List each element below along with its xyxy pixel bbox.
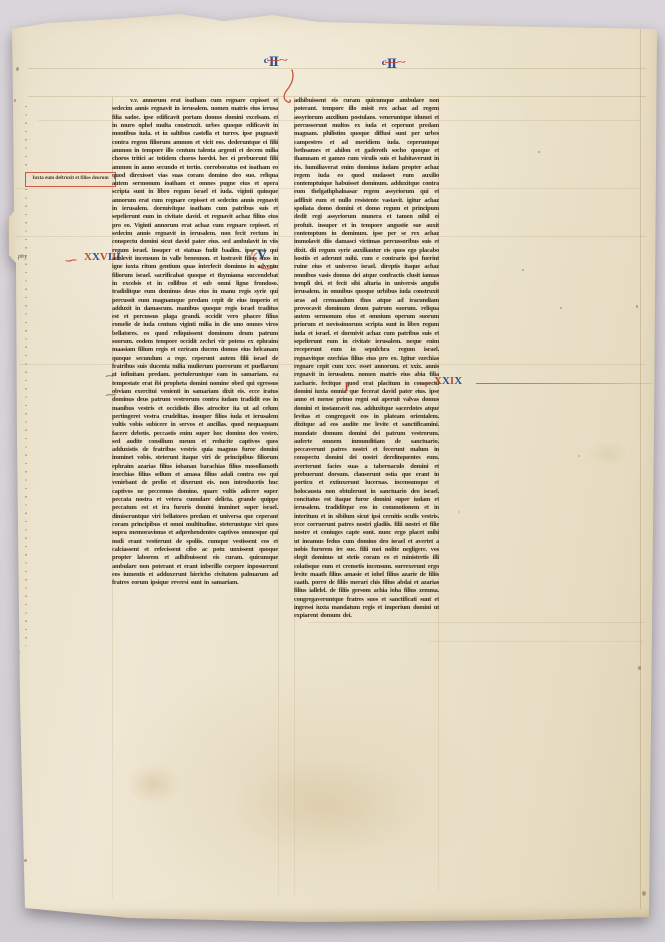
numeral-letter: V xyxy=(100,251,108,263)
numeral-letter: X xyxy=(84,251,92,263)
page-shadow-wrap: c II ~ c II ~ Iuxta eum deſtruxit et fil… xyxy=(0,0,665,942)
numeral-letter: X xyxy=(454,375,462,387)
pen-swash-icon: ∽ xyxy=(63,256,80,265)
running-header-left: c II ~ xyxy=(264,55,283,70)
ruling-line xyxy=(428,641,644,642)
ruling-line xyxy=(28,68,646,69)
stain-speck xyxy=(638,666,641,670)
manuscript-page: c II ~ c II ~ Iuxta eum deſtruxit et fil… xyxy=(8,11,660,923)
manuscript-photo: c II ~ c II ~ Iuxta eum deſtruxit et fil… xyxy=(0,0,665,942)
marginal-correction-note: Iuxta eum deſtruxit et filios deorum xyxy=(25,172,116,187)
prick-marks xyxy=(25,106,27,646)
text-column-right: adhibuissent eis curam quicumque ambular… xyxy=(294,97,439,654)
stain-speck xyxy=(578,455,580,457)
pen-flourish-icon: ~ xyxy=(278,56,285,65)
marginal-gloss: pbʒ xyxy=(18,254,27,260)
header-numeral: II xyxy=(269,55,278,70)
stain-speck xyxy=(14,711,17,715)
stain-speck xyxy=(642,891,646,896)
parchment-stain xyxy=(233,756,423,856)
parchment-stain xyxy=(126,763,181,805)
paraph-mark: ∼ xyxy=(103,373,118,381)
stain-speck xyxy=(560,307,562,309)
numeral-letter: X xyxy=(92,251,100,263)
chapter-numeral-29: XXIX xyxy=(434,376,462,387)
stain-speck xyxy=(14,99,16,102)
pen-flourish-icon: ~ xyxy=(396,58,403,67)
stain-speck xyxy=(20,783,22,786)
stain-speck xyxy=(538,151,540,153)
numeral-letter: X xyxy=(434,375,442,387)
stain-speck xyxy=(16,67,19,71)
stain-speck xyxy=(458,511,460,513)
numeral-letter: X xyxy=(442,375,450,387)
bottom-edge-shading xyxy=(8,907,660,923)
marginal-note-text: Iuxta eum deſtruxit et filios deorum xyxy=(32,176,108,181)
running-header-right: c II ~ xyxy=(382,57,401,72)
stain-speck xyxy=(24,859,27,862)
red-flourish-line xyxy=(476,383,653,384)
stain-speck xyxy=(18,651,20,654)
pen-swash-icon: ∽ xyxy=(417,379,434,388)
text-column-left: v.v. annorum erat ioatham cum regnare ce… xyxy=(112,97,278,646)
stain-speck xyxy=(522,269,524,271)
header-numeral: II xyxy=(387,57,396,72)
parchment-stain xyxy=(588,441,628,467)
page-fold-ridge xyxy=(640,29,641,909)
chapter-initial-29: I xyxy=(345,380,349,393)
stain-speck xyxy=(636,305,638,308)
paraph-mark: ∼ xyxy=(103,392,118,400)
